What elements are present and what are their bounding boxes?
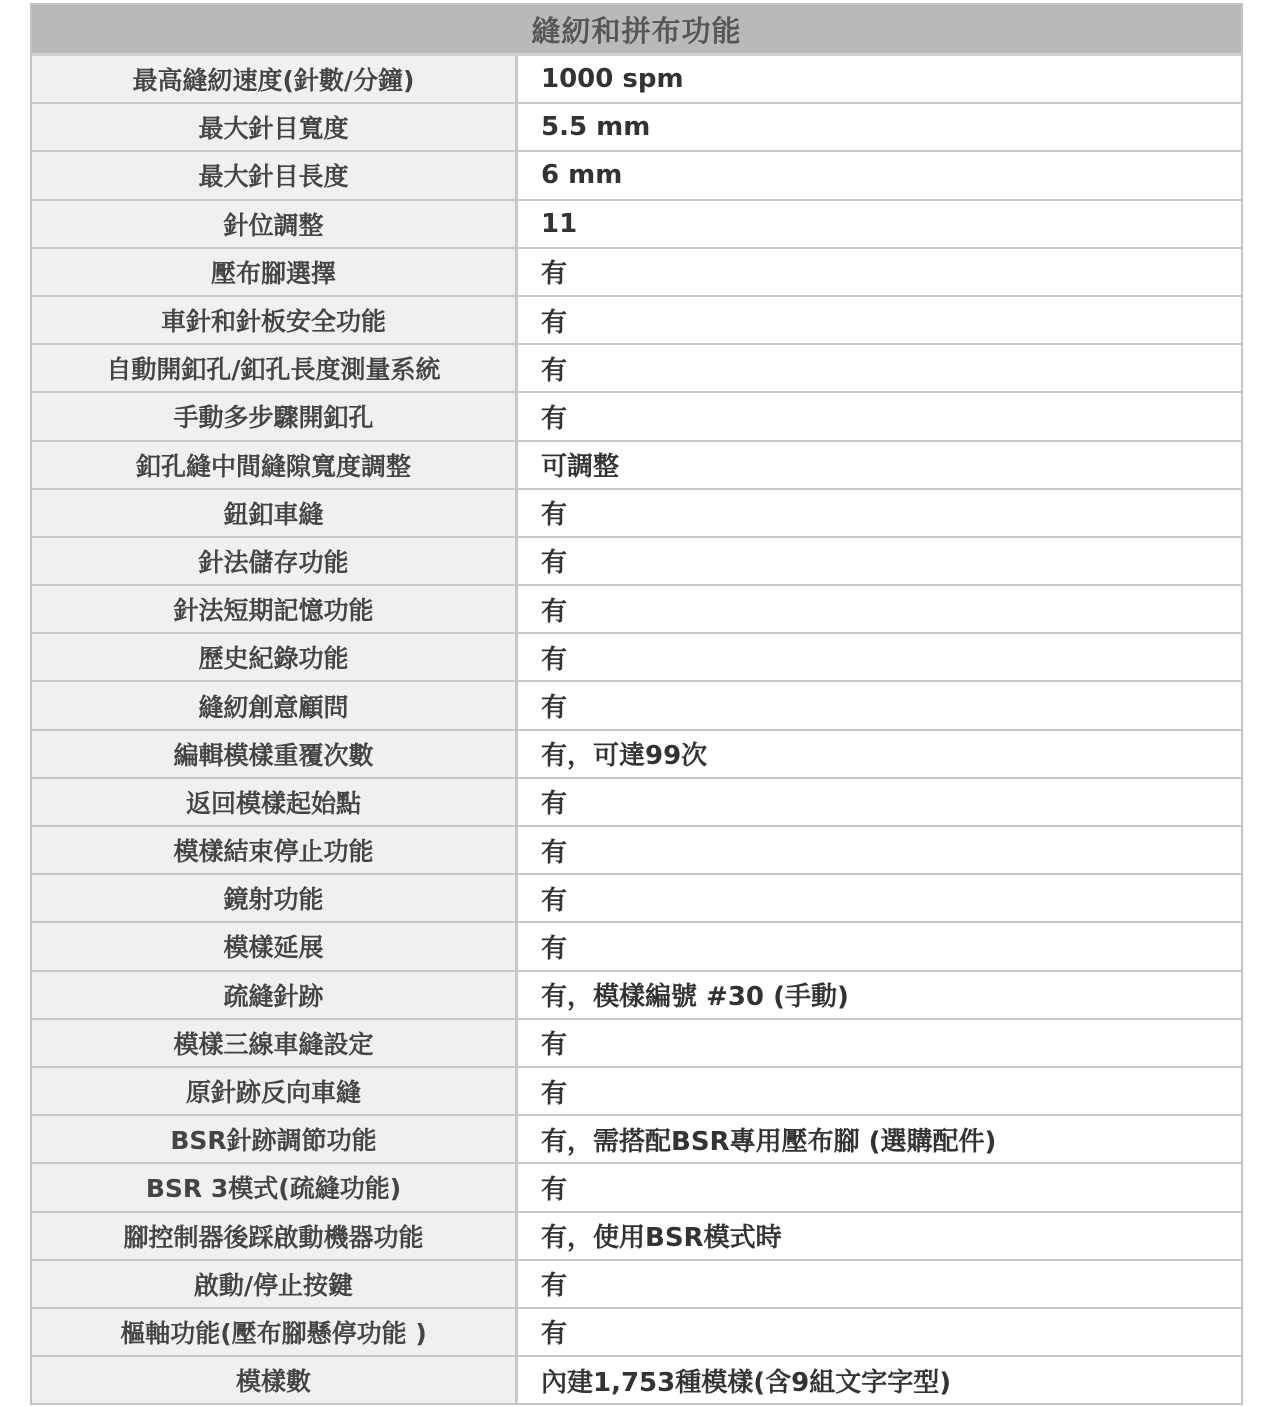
feature-value: 有 [518,923,1241,969]
feature-value: 內建1,753種模樣(含9組文字字型) [518,1357,1241,1403]
feature-label: 模樣結束停止功能 [32,827,518,873]
table-row: 樞軸功能(壓布腳懸停功能 )有 [32,1309,1241,1357]
table-row: 鏡射功能有 [32,875,1241,923]
feature-value: 有 [518,1261,1241,1307]
table-row: 手動多步驟開釦孔有 [32,393,1241,441]
table-row: 針法短期記憶功能有 [32,586,1241,634]
feature-label: 釦孔縫中間縫隙寬度調整 [32,442,518,488]
feature-label: 壓布腳選擇 [32,249,518,295]
table-body: 最高縫紉速度(針數/分鐘)1000 spm最大針目寬度5.5 mm最大針目長度6… [32,56,1241,1403]
table-row: 腳控制器後踩啟動機器功能有，使用BSR模式時 [32,1213,1241,1261]
feature-label: 針位調整 [32,201,518,247]
feature-value: 有 [518,779,1241,825]
feature-label: 針法短期記憶功能 [32,586,518,632]
feature-value: 有 [518,875,1241,921]
table-row: 針位調整11 [32,201,1241,249]
feature-label: 自動開釦孔/釦孔長度測量系統 [32,345,518,391]
feature-label: 疏縫針跡 [32,972,518,1018]
table-row: 最高縫紉速度(針數/分鐘)1000 spm [32,56,1241,104]
feature-label: 啟動/停止按鍵 [32,1261,518,1307]
table-row: 歷史紀錄功能有 [32,634,1241,682]
feature-label: 車針和針板安全功能 [32,297,518,343]
feature-value: 有，可達99次 [518,731,1241,777]
feature-value: 有 [518,393,1241,439]
feature-value: 有，使用BSR模式時 [518,1213,1241,1259]
feature-value: 有 [518,682,1241,728]
table-row: 針法儲存功能有 [32,538,1241,586]
feature-value: 有 [518,1164,1241,1210]
table-row: 返回模樣起始點有 [32,779,1241,827]
table-row: 縫紉創意顧問有 [32,682,1241,730]
feature-value: 有 [518,297,1241,343]
feature-label: 針法儲存功能 [32,538,518,584]
feature-label: 手動多步驟開釦孔 [32,393,518,439]
table-row: 疏縫針跡有，模樣編號 #30 (手動) [32,972,1241,1020]
feature-label: 返回模樣起始點 [32,779,518,825]
table-row: 模樣延展有 [32,923,1241,971]
feature-label: 模樣三線車縫設定 [32,1020,518,1066]
feature-value: 可調整 [518,442,1241,488]
feature-value: 6 mm [518,152,1241,198]
feature-value: 有 [518,1309,1241,1355]
feature-label: BSR針跡調節功能 [32,1116,518,1162]
feature-label: 模樣數 [32,1357,518,1403]
feature-value: 有 [518,586,1241,632]
feature-value: 11 [518,201,1241,247]
feature-value: 有 [518,538,1241,584]
spec-table: 縫紉和拼布功能 最高縫紉速度(針數/分鐘)1000 spm最大針目寬度5.5 m… [30,3,1243,1405]
feature-value: 有 [518,634,1241,680]
table-row: 模樣結束停止功能有 [32,827,1241,875]
table-row: 啟動/停止按鍵有 [32,1261,1241,1309]
feature-value: 有，模樣編號 #30 (手動) [518,972,1241,1018]
feature-label: 模樣延展 [32,923,518,969]
table-row: 編輯模樣重覆次數有，可達99次 [32,731,1241,779]
table-row: 壓布腳選擇有 [32,249,1241,297]
table-row: 模樣數內建1,753種模樣(含9組文字字型) [32,1357,1241,1403]
feature-label: 最大針目長度 [32,152,518,198]
table-title: 縫紉和拼布功能 [32,5,1241,56]
feature-label: 縫紉創意顧問 [32,682,518,728]
feature-value: 有 [518,345,1241,391]
feature-value: 有，需搭配BSR專用壓布腳 (選購配件) [518,1116,1241,1162]
table-row: 模樣三線車縫設定有 [32,1020,1241,1068]
table-row: BSR 3模式(疏縫功能)有 [32,1164,1241,1212]
feature-value: 5.5 mm [518,104,1241,150]
feature-label: 樞軸功能(壓布腳懸停功能 ) [32,1309,518,1355]
feature-label: 鏡射功能 [32,875,518,921]
feature-label: BSR 3模式(疏縫功能) [32,1164,518,1210]
feature-value: 有 [518,249,1241,295]
table-row: 鈕釦車縫有 [32,490,1241,538]
table-row: 釦孔縫中間縫隙寬度調整可調整 [32,442,1241,490]
feature-value: 1000 spm [518,56,1241,102]
feature-label: 最大針目寬度 [32,104,518,150]
feature-value: 有 [518,1020,1241,1066]
table-row: 自動開釦孔/釦孔長度測量系統有 [32,345,1241,393]
feature-value: 有 [518,490,1241,536]
table-row: 最大針目寬度5.5 mm [32,104,1241,152]
feature-label: 編輯模樣重覆次數 [32,731,518,777]
feature-label: 原針跡反向車縫 [32,1068,518,1114]
feature-label: 鈕釦車縫 [32,490,518,536]
table-row: 車針和針板安全功能有 [32,297,1241,345]
feature-label: 歷史紀錄功能 [32,634,518,680]
feature-value: 有 [518,1068,1241,1114]
feature-label: 腳控制器後踩啟動機器功能 [32,1213,518,1259]
feature-label: 最高縫紉速度(針數/分鐘) [32,56,518,102]
table-row: 最大針目長度6 mm [32,152,1241,200]
table-row: 原針跡反向車縫有 [32,1068,1241,1116]
table-row: BSR針跡調節功能有，需搭配BSR專用壓布腳 (選購配件) [32,1116,1241,1164]
feature-value: 有 [518,827,1241,873]
